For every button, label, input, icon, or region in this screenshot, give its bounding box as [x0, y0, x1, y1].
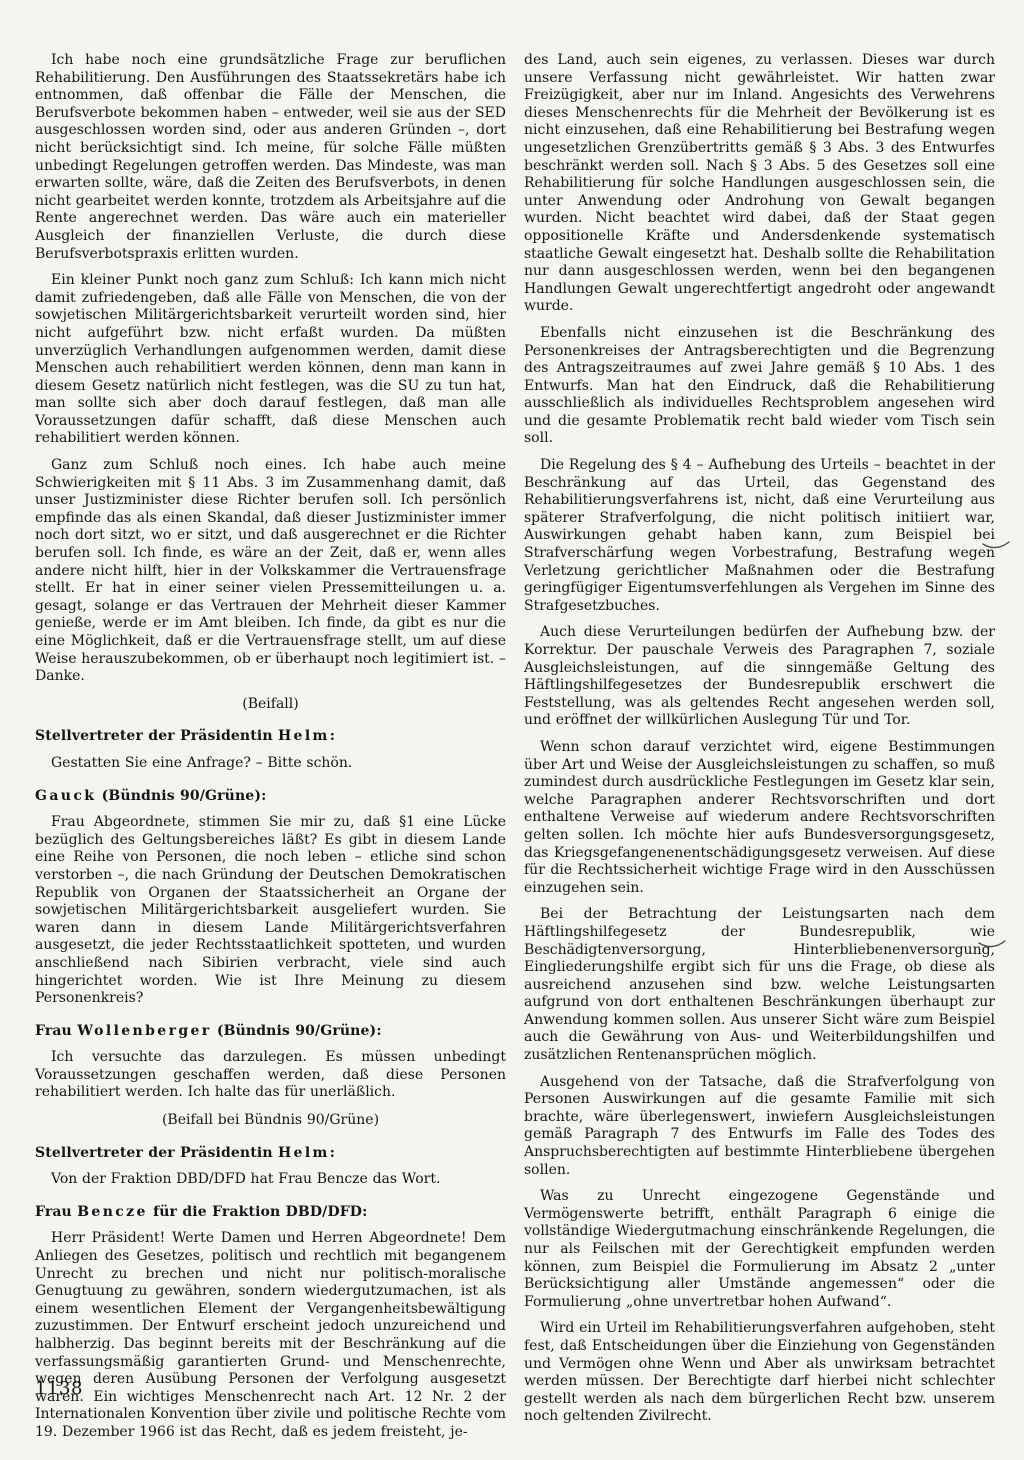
speaker-role: Stellvertreter der Präsidentin	[35, 728, 278, 744]
paragraph: Gestatten Sie eine Anfrage? – Bitte schö…	[35, 755, 506, 773]
speaker-suffix: (Bündnis 90/Grüne):	[212, 1023, 382, 1039]
two-column-text: Ich habe noch eine grundsätzliche Frage …	[0, 0, 1024, 1451]
speaker-name: Bencze	[77, 1204, 148, 1220]
speaker-name: Helm	[278, 728, 330, 744]
paragraph: Ich versuchte das darzulegen. Es müssen …	[35, 1049, 506, 1102]
speaker-suffix: :	[330, 1145, 335, 1161]
right-column: des Land, auch sein eigenes, zu verlasse…	[524, 52, 995, 1451]
paragraph: Wird ein Urteil im Rehabilitierungsverfa…	[524, 1320, 995, 1426]
paragraph: Auch diese Verurteilungen bedürfen der A…	[524, 624, 995, 730]
left-column: Ich habe noch eine grundsätzliche Frage …	[35, 52, 506, 1451]
speaker-role: Frau	[35, 1023, 77, 1039]
protocol-page: Ich habe noch eine grundsätzliche Frage …	[0, 0, 1024, 1460]
paragraph: Die Regelung des § 4 – Aufhebung des Urt…	[524, 457, 995, 615]
paragraph: Von der Fraktion DBD/DFD hat Frau Bencze…	[35, 1171, 506, 1189]
handwritten-curve-mark	[982, 540, 1010, 552]
speaker-name: Helm	[278, 1145, 330, 1161]
speaker-role: Stellvertreter der Präsidentin	[35, 1145, 278, 1161]
speaker-heading-bencze: Frau Bencze für die Fraktion DBD/DFD:	[35, 1204, 506, 1222]
paragraph: Was zu Unrecht eingezogene Gegenstände u…	[524, 1188, 995, 1311]
page-number: 1138	[35, 1378, 83, 1399]
speaker-heading-helm: Stellvertreter der Präsidentin Helm:	[35, 728, 506, 746]
paragraph: Ebenfalls nicht einzusehen ist die Besch…	[524, 325, 995, 448]
speaker-name: Gauck	[35, 788, 96, 804]
paragraph: Frau Abgeordnete, stimmen Sie mir zu, da…	[35, 814, 506, 1008]
speaker-suffix: (Bündnis 90/Grüne):	[96, 788, 266, 804]
paragraph: Ausgehend von der Tatsache, daß die Stra…	[524, 1074, 995, 1180]
paragraph: Bei der Betrachtung der Leistungsarten n…	[524, 906, 995, 1064]
speaker-name: Wollenberger	[77, 1023, 211, 1039]
paragraph: Herr Präsident! Werte Damen und Herren A…	[35, 1230, 506, 1441]
stage-direction-applause: (Beifall bei Bündnis 90/Grüne)	[35, 1112, 506, 1130]
speaker-suffix: :	[330, 728, 335, 744]
speaker-heading-helm: Stellvertreter der Präsidentin Helm:	[35, 1145, 506, 1163]
speaker-suffix: für die Fraktion DBD/DFD:	[148, 1204, 368, 1220]
paragraph-continuation: des Land, auch sein eigenes, zu verlasse…	[524, 52, 995, 316]
speaker-heading-gauck: Gauck (Bündnis 90/Grüne):	[35, 788, 506, 806]
stage-direction-applause: (Beifall)	[35, 696, 506, 714]
paragraph: Ich habe noch eine grundsätzliche Frage …	[35, 52, 506, 263]
paragraph: Ganz zum Schluß noch eines. Ich habe auc…	[35, 457, 506, 686]
paragraph: Wenn schon darauf verzichtet wird, eigen…	[524, 739, 995, 897]
speaker-heading-wollenberger: Frau Wollenberger (Bündnis 90/Grüne):	[35, 1023, 506, 1041]
speaker-role: Frau	[35, 1204, 77, 1220]
handwritten-curve-mark	[978, 939, 1006, 951]
paragraph: Ein kleiner Punkt noch ganz zum Schluß: …	[35, 272, 506, 448]
